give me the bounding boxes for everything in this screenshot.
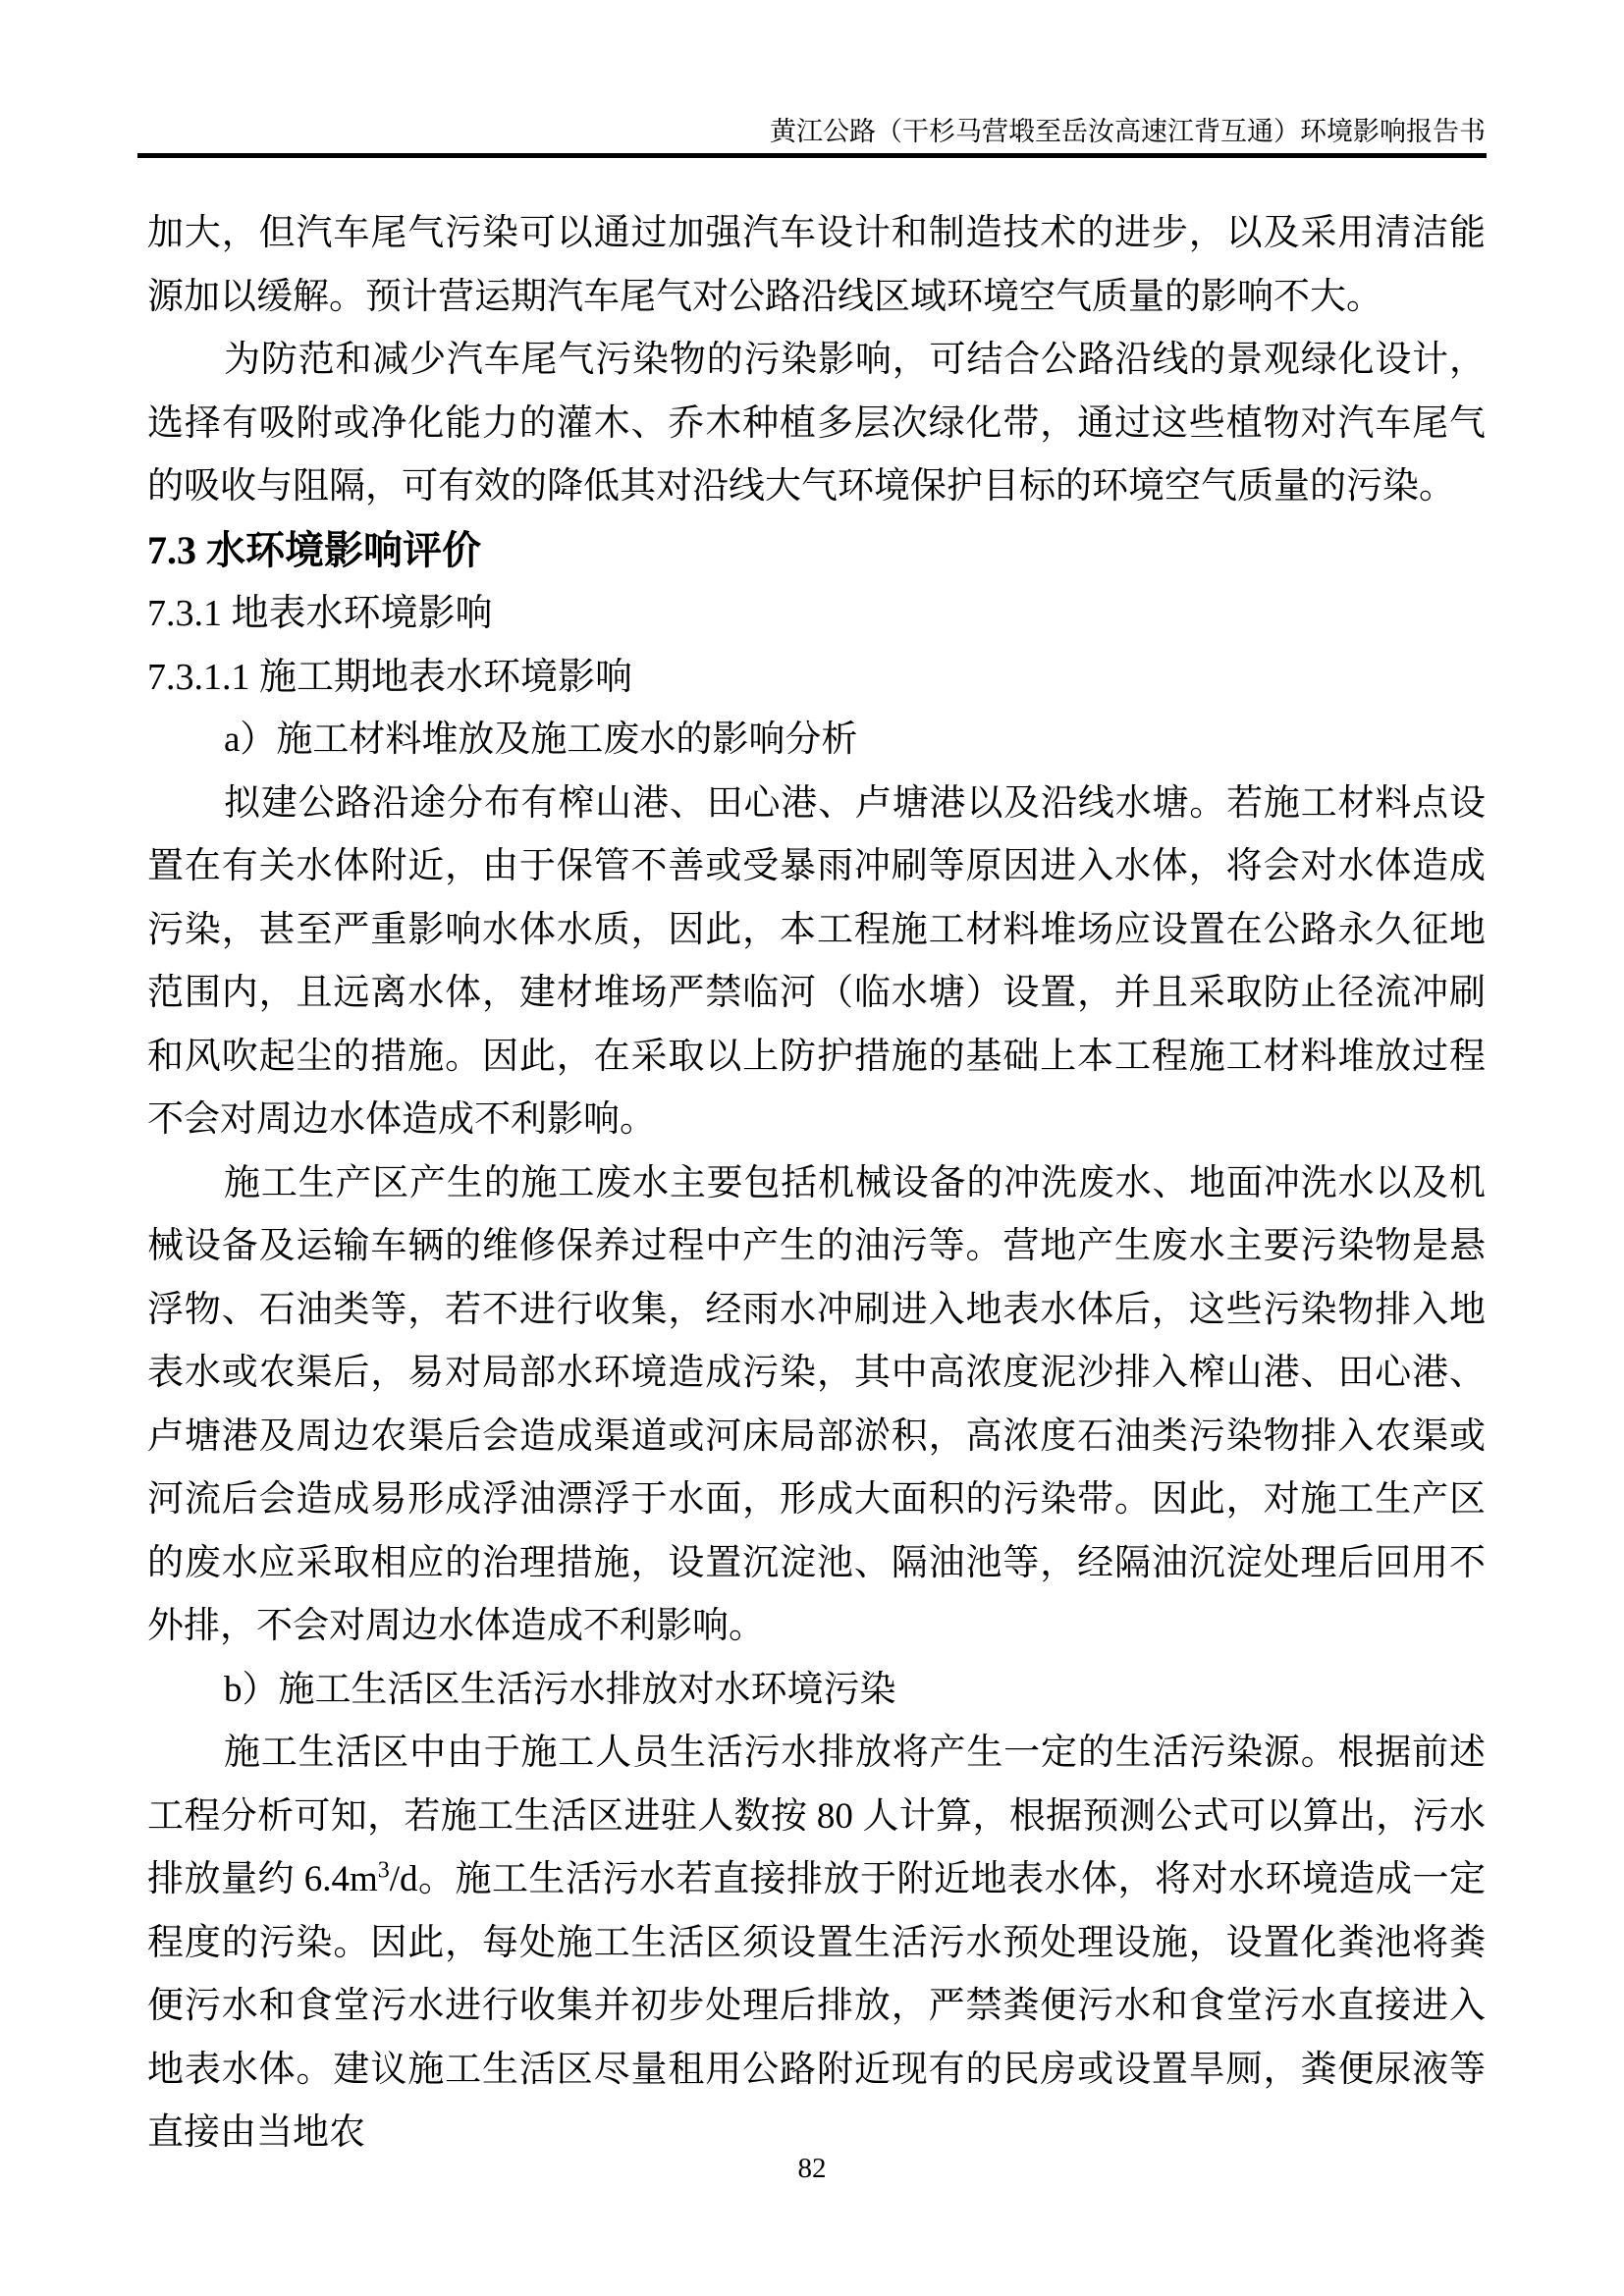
paragraph-construction-wastewater: 施工生产区产生的施工废水主要包括机械设备的冲洗废水、地面冲洗水以及机械设备及运输… xyxy=(147,1152,1486,1659)
paragraph-material-stockpiles: 拟建公路沿途分布有榨山港、田心港、卢塘港以及沿线水塘。若施工材料点设置在有关水体… xyxy=(147,773,1486,1152)
heading-7-3-1-surface-water: 7.3.1 地表水环境影响 xyxy=(147,582,1486,646)
page-header: 黄江公路（干杉马营塅至岳汝高速江背互通）环境影响报告书 xyxy=(147,116,1486,147)
paragraph-domestic-sewage: 施工生活区中由于施工人员生活污水排放将产生一定的生活污染源。根据前述工程分析可知… xyxy=(147,1722,1486,2165)
document-body: 加大，但汽车尾气污染可以通过加强汽车设计和制造技术的进步，以及采用清洁能源加以缓… xyxy=(147,202,1486,2165)
page-footer: 82 xyxy=(0,2152,1624,2185)
document-page: 黄江公路（干杉马营塅至岳汝高速江背互通）环境影响报告书 加大，但汽车尾气污染可以… xyxy=(0,0,1624,2296)
item-b-domestic-sewage: b）施工生活区生活污水排放对水环境污染 xyxy=(147,1659,1486,1723)
paragraph-exhaust-mitigation: 加大，但汽车尾气污染可以通过加强汽车设计和制造技术的进步，以及采用清洁能源加以缓… xyxy=(147,202,1486,329)
header-rule xyxy=(137,153,1487,158)
domestic-sewage-text-2: /d。施工生活污水若直接排放于附近地表水体，将对水环境造成一定程度的污染。因此，… xyxy=(147,1859,1486,2153)
header-title: 黄江公路（干杉马营塅至岳汝高速江背互通）环境影响报告书 xyxy=(770,117,1486,146)
item-a-materials-analysis: a）施工材料堆放及施工废水的影响分析 xyxy=(147,709,1486,773)
heading-7-3-1-1-construction-period: 7.3.1.1 施工期地表水环境影响 xyxy=(147,646,1486,710)
heading-7-3-water-environment: 7.3 水环境影响评价 xyxy=(147,519,1486,583)
page-number: 82 xyxy=(798,2153,827,2184)
superscript-cubed: 3 xyxy=(378,1858,390,1884)
paragraph-greening-design: 为防范和减少汽车尾气污染物的污染影响，可结合公路沿线的景观绿化设计，选择有吸附或… xyxy=(147,329,1486,519)
